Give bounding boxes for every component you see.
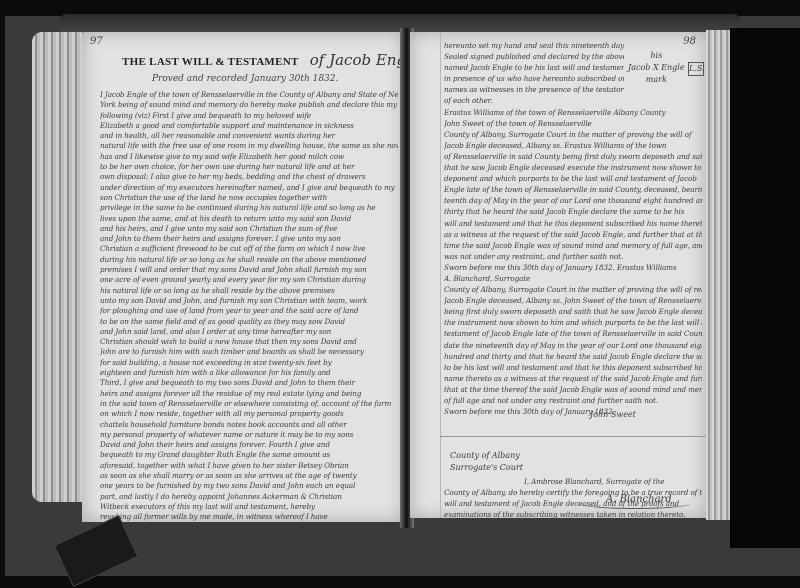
handwritten-line: Engle late of the town of Rensselaervill…	[444, 184, 702, 195]
caption-court: Surrogate's Court	[450, 462, 523, 474]
handwritten-line: examinations of the subscribing witnesse…	[444, 509, 702, 520]
handwritten-line: my personal property of whatever name or…	[100, 430, 398, 440]
left-page-number: 97	[90, 36, 103, 47]
handwritten-line: named Jacob Engle to be his last will an…	[444, 62, 624, 73]
handwritten-line: I, Ambrose Blanchard, Surrogate of the	[444, 476, 702, 487]
handwritten-line: Sealed signed published and declared by …	[444, 51, 624, 62]
handwritten-line: time the said Jacob Engle was of sound m…	[444, 240, 702, 251]
handwritten-line: was not under any restraint, and further…	[444, 251, 702, 262]
handwritten-line: son Christian the use of the land he now…	[100, 193, 398, 203]
handwritten-line: thirty that he heard the said Jacob Engl…	[444, 206, 702, 217]
mark-label: mark	[628, 74, 685, 86]
handwritten-line: following (viz) First I give and bequeat…	[100, 111, 398, 121]
handwritten-line: eighteen and furnish him with a like all…	[100, 368, 398, 378]
right-page: 98 hereunto set my hand and seal this ni…	[410, 32, 706, 518]
handwritten-line: Jacob Engle deceased, Albany ss. Erastus…	[444, 140, 702, 151]
handwritten-line: his natural life or so long as he shall …	[100, 286, 398, 296]
witness-signature: John Sweet	[590, 410, 636, 419]
handwritten-line: Erastus Williams of the town of Renssela…	[444, 107, 702, 118]
handwritten-line: heirs and assigns forever all the residu…	[100, 389, 398, 399]
certificate-caption: County of Albany Surrogate's Court	[450, 450, 523, 474]
handwritten-line: own disposal; I also give to her my beds…	[100, 172, 398, 182]
handwritten-line: John are to furnish him with such timber…	[100, 347, 398, 357]
handwritten-line: for ploughing and use of land from year …	[100, 306, 398, 316]
handwritten-line: hundred and thirty and that he heard the…	[444, 351, 702, 362]
mark-name: Jacob X Engle	[628, 62, 685, 74]
left-page: 97 THE LAST WILL & TESTAMENT of Jacob En…	[82, 32, 404, 522]
handwritten-line: that at the time thereof the said Jacob …	[444, 384, 702, 395]
handwritten-line: County of Albany, Surrogate Court in the…	[444, 284, 702, 295]
handwritten-line: hereunto set my hand and seal this ninet…	[444, 40, 624, 51]
handwritten-line: names as witnesses in the presence of th…	[444, 84, 624, 95]
handwritten-line: on which I now reside, together with all…	[100, 409, 398, 419]
handwritten-line: and his heirs, and I give unto my said s…	[100, 224, 398, 234]
handwritten-line: of each other.	[444, 95, 624, 106]
handwritten-line: one years to be furnished by my two sons…	[100, 481, 398, 491]
will-heading: THE LAST WILL & TESTAMENT of Jacob Engle	[122, 50, 420, 69]
handwritten-line: in presence of us who have hereunto subs…	[444, 73, 624, 84]
margin-rule	[440, 32, 441, 518]
handwritten-line: has and I likewise give to my said wife …	[100, 152, 398, 162]
handwritten-line: David and John their heirs and assigns f…	[100, 440, 398, 450]
handwritten-line: A. Blanchard, Surrogate	[444, 273, 702, 284]
handwritten-line: Third, I give and bequeath to my two son…	[100, 378, 398, 388]
handwritten-line: of Rensselaerville in said County being …	[444, 151, 702, 162]
handwritten-line: date the nineteenth day of May in the ye…	[444, 340, 702, 351]
handwritten-line: Christian should wish to build a new hou…	[100, 337, 398, 347]
handwritten-line: in the said town of Rensselaerville or e…	[100, 399, 398, 409]
handwritten-line: the instrument now shown to him and whic…	[444, 317, 702, 328]
handwritten-line: Witbeck executors of this my last will a…	[100, 502, 398, 512]
handwritten-line: revoking all former wills by me made, in…	[100, 512, 398, 522]
handwritten-line: bequeath to my Grand daughter Ruth Engle…	[100, 450, 398, 460]
book-cover-right	[730, 28, 800, 548]
handwritten-line: privilege in the same to be continued du…	[100, 203, 398, 213]
handwritten-line: and in health, all her reasonable and co…	[100, 131, 398, 141]
handwritten-line: during his natural life or so long as he…	[100, 255, 398, 265]
probate-proof-text: hereunto set my hand and seal this ninet…	[444, 40, 702, 417]
mark-his: his	[628, 50, 685, 62]
handwritten-line: Sworn before me this 30th day of January…	[444, 406, 702, 417]
will-body-text: I Jacob Engle of the town of Rensselaerv…	[100, 90, 398, 522]
handwritten-line: as a witness at the request of the said …	[444, 229, 702, 240]
proved-recorded-date: Proved and recorded January 30th 1832.	[152, 74, 338, 84]
handwritten-line: aforesaid, together with what I have giv…	[100, 461, 398, 471]
handwritten-line: that he saw Jacob Engle deceased execute…	[444, 162, 702, 173]
handwritten-line: to be his last will and testament and th…	[444, 362, 702, 373]
signature-flourish	[580, 498, 690, 509]
handwritten-line: to be on the same field and of as good q…	[100, 317, 398, 327]
handwritten-line: Christian a sufficient firewood to be cu…	[100, 244, 398, 254]
left-page-edges	[32, 32, 82, 502]
heading-printed: THE LAST WILL & TESTAMENT	[122, 56, 299, 68]
handwritten-line: will and testament and that he this depo…	[444, 218, 702, 229]
handwritten-line: as soon as she shall marry or as soon as…	[100, 471, 398, 481]
handwritten-line: and John said land, and also I order at …	[100, 327, 398, 337]
handwritten-line: name thereto as a witness at the request…	[444, 373, 702, 384]
handwritten-line: to be her own choice, for her own use du…	[100, 162, 398, 172]
handwritten-line: one acre of even ground yearly and every…	[100, 275, 398, 285]
handwritten-line: York being of sound mind and memory do h…	[100, 100, 398, 110]
seal-box: L.S.	[688, 62, 704, 76]
handwritten-line: deponent and which purports to be the la…	[444, 173, 702, 184]
right-page-edges	[706, 30, 730, 520]
handwritten-line: chattels household furniture bonds notes…	[100, 420, 398, 430]
handwritten-line: and John to them their heirs and assigns…	[100, 234, 398, 244]
handwritten-line: Elizabeth a good and comfortable support…	[100, 121, 398, 131]
handwritten-line: John Sweet of the town of Rensselaervill…	[444, 118, 702, 129]
handwritten-line: Jacob Engle deceased, Albany ss. John Sw…	[444, 295, 702, 306]
handwritten-line: testament of Jacob Engle late of the tow…	[444, 328, 702, 339]
handwritten-line: Sworn before me this 30th day of January…	[444, 262, 702, 273]
handwritten-line: I Jacob Engle of the town of Rensselaerv…	[100, 90, 398, 100]
caption-county: County of Albany	[450, 450, 523, 462]
handwritten-line: natural life with the free use of one ro…	[100, 141, 398, 151]
handwritten-line: being first duly sworn deposeth and sait…	[444, 306, 702, 317]
handwritten-line: premises I will and order that my sons D…	[100, 265, 398, 275]
handwritten-line: County of Albany, Surrogate Court in the…	[444, 129, 702, 140]
section-divider	[440, 436, 706, 437]
handwritten-line: of full age and not under any restraint …	[444, 395, 702, 406]
handwritten-line: unto my son David and John, and furnish …	[100, 296, 398, 306]
handwritten-line: under direction of my executors hereinaf…	[100, 183, 398, 193]
handwritten-line: teenth day of May in the year of our Lor…	[444, 195, 702, 206]
testator-mark: his Jacob X Engle mark	[628, 50, 685, 86]
handwritten-line: part, and lastly I do hereby appoint Joh…	[100, 492, 398, 502]
handwritten-line: lives upon the same, and at his death to…	[100, 214, 398, 224]
handwritten-line: for said building, a house not exceeding…	[100, 358, 398, 368]
